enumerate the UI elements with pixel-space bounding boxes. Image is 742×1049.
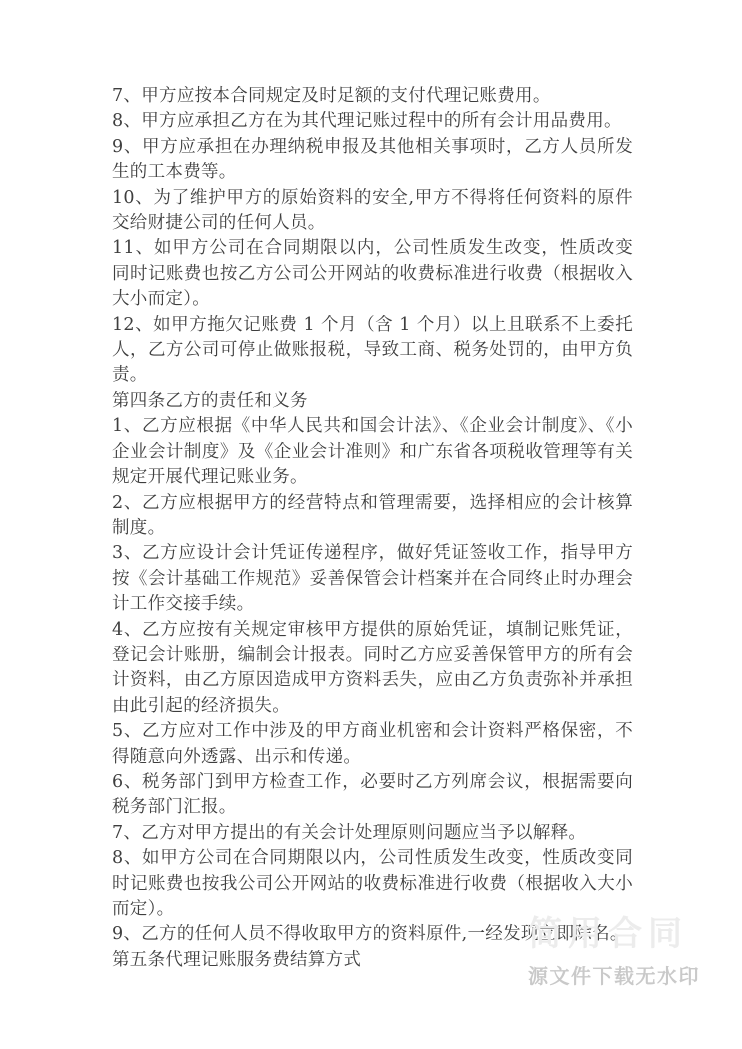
contract-paragraph: 12、如甲方拖欠记账费 1 个月（含 1 个月）以上且联系不上委托人，乙方公司可… <box>112 313 633 389</box>
contract-body: 7、甲方应按本合同规定及时足额的支付代理记账费用。8、甲方应承担乙方在为其代理记… <box>112 84 633 973</box>
contract-paragraph: 8、甲方应承担乙方在为其代理记账过程中的所有会计用品费用。 <box>112 109 633 134</box>
contract-paragraph: 7、乙方对甲方提出的有关会计处理原则问题应当予以解释。 <box>112 821 633 846</box>
contract-paragraph: 9、甲方应承担在办理纳税申报及其他相关事项时，乙方人员所发生的工本费等。 <box>112 135 633 186</box>
contract-paragraph: 5、乙方应对工作中涉及的甲方商业机密和会计资料严格保密，不得随意向外透露、出示和… <box>112 719 633 770</box>
contract-paragraph: 第五条代理记账服务费结算方式 <box>112 948 633 973</box>
contract-paragraph: 2、乙方应根据甲方的经营特点和管理需要，选择相应的会计核算制度。 <box>112 491 633 542</box>
contract-paragraph: 7、甲方应按本合同规定及时足额的支付代理记账费用。 <box>112 84 633 109</box>
contract-page: 7、甲方应按本合同规定及时足额的支付代理记账费用。8、甲方应承担乙方在为其代理记… <box>0 0 742 1049</box>
contract-paragraph: 第四条乙方的责任和义务 <box>112 389 633 414</box>
contract-paragraph: 4、乙方应按有关规定审核甲方提供的原始凭证，填制记账凭证，登记会计账册，编制会计… <box>112 618 633 720</box>
contract-paragraph: 1、乙方应根据《中华人民共和国会计法》、《企业会计制度》、《小企业会计制度》及《… <box>112 414 633 490</box>
contract-paragraph: 9、乙方的任何人员不得收取甲方的资料原件,一经发现立即除名。 <box>112 922 633 947</box>
contract-paragraph: 10、为了维护甲方的原始资料的安全,甲方不得将任何资料的原件交给财捷公司的任何人… <box>112 186 633 237</box>
contract-paragraph: 8、如甲方公司在合同期限以内，公司性质发生改变，性质改变同时记账费也按我公司公开… <box>112 846 633 922</box>
contract-paragraph: 3、乙方应设计会计凭证传递程序，做好凭证签收工作，指导甲方按《会计基础工作规范》… <box>112 541 633 617</box>
contract-paragraph: 11、如甲方公司在合同期限以内，公司性质发生改变，性质改变同时记账费也按乙方公司… <box>112 236 633 312</box>
contract-paragraph: 6、税务部门到甲方检查工作，必要时乙方列席会议，根据需要向税务部门汇报。 <box>112 770 633 821</box>
